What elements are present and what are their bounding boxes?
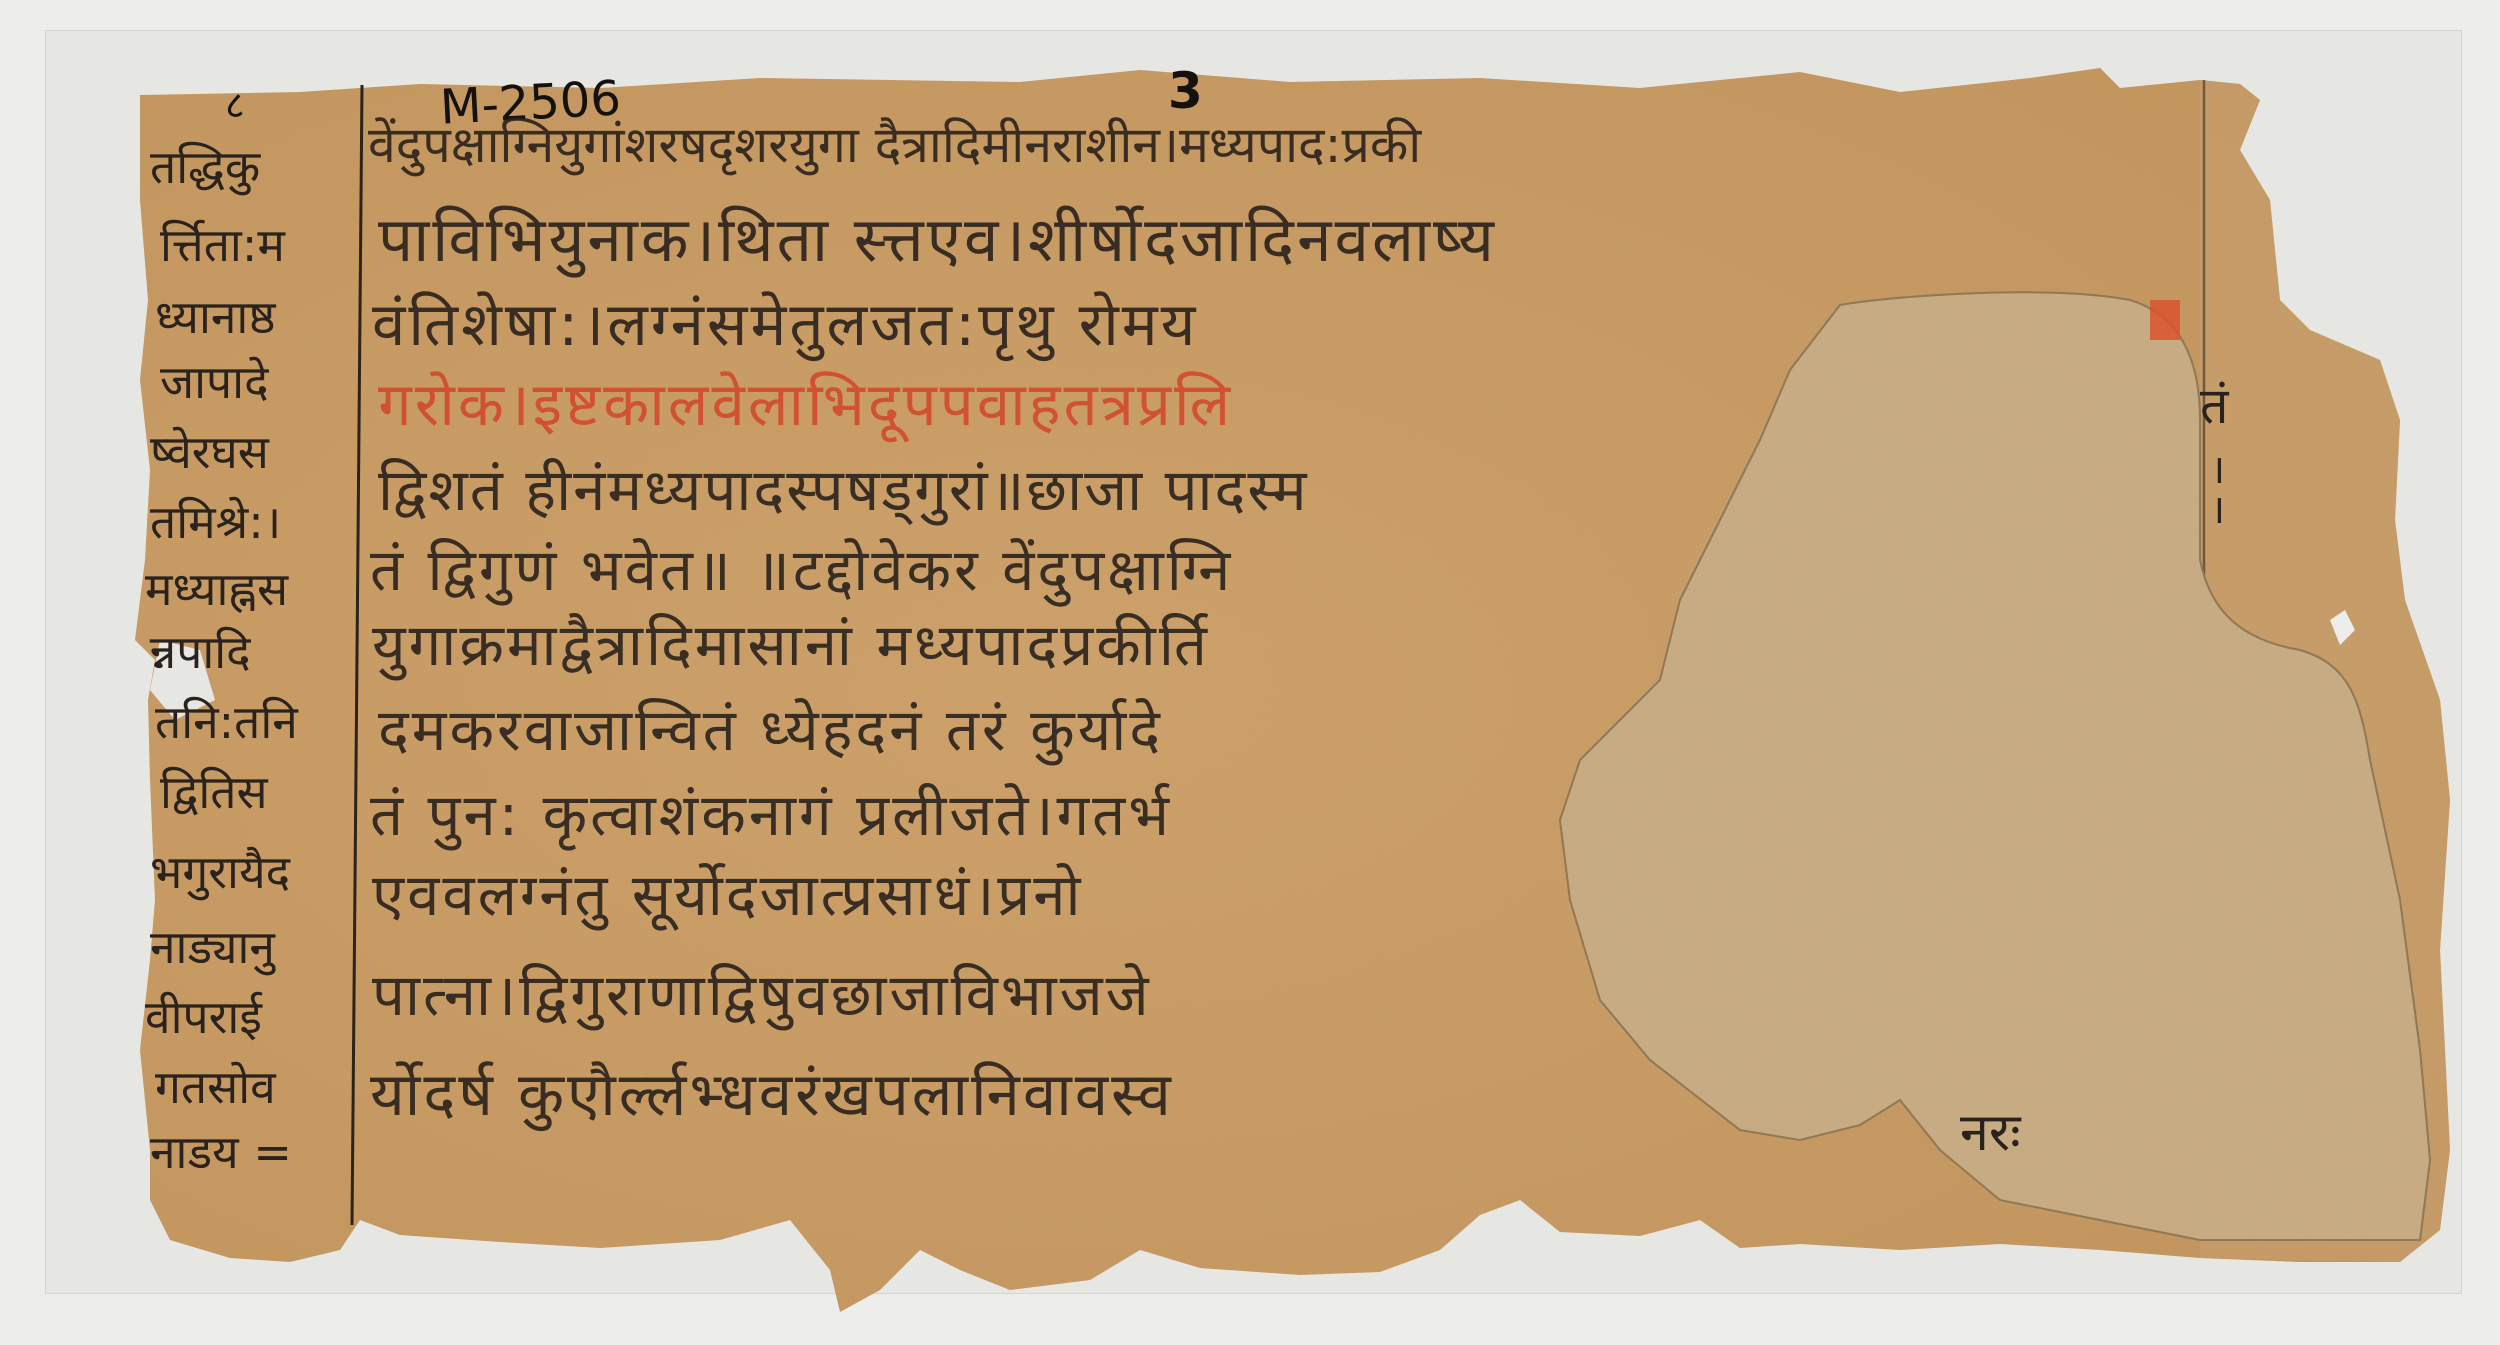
right-margin-fragment: नरः <box>1960 1095 2021 1166</box>
repair-patch-overlay <box>0 0 2500 1345</box>
right-margin-fragment: । <box>2210 480 2225 535</box>
right-margin-fragment: तं <box>2200 370 2229 438</box>
manuscript-leaf: M-2506 3 ८ तद्धिकु र्त्तिता:म ध्यानाष्ठ … <box>0 0 2500 1345</box>
